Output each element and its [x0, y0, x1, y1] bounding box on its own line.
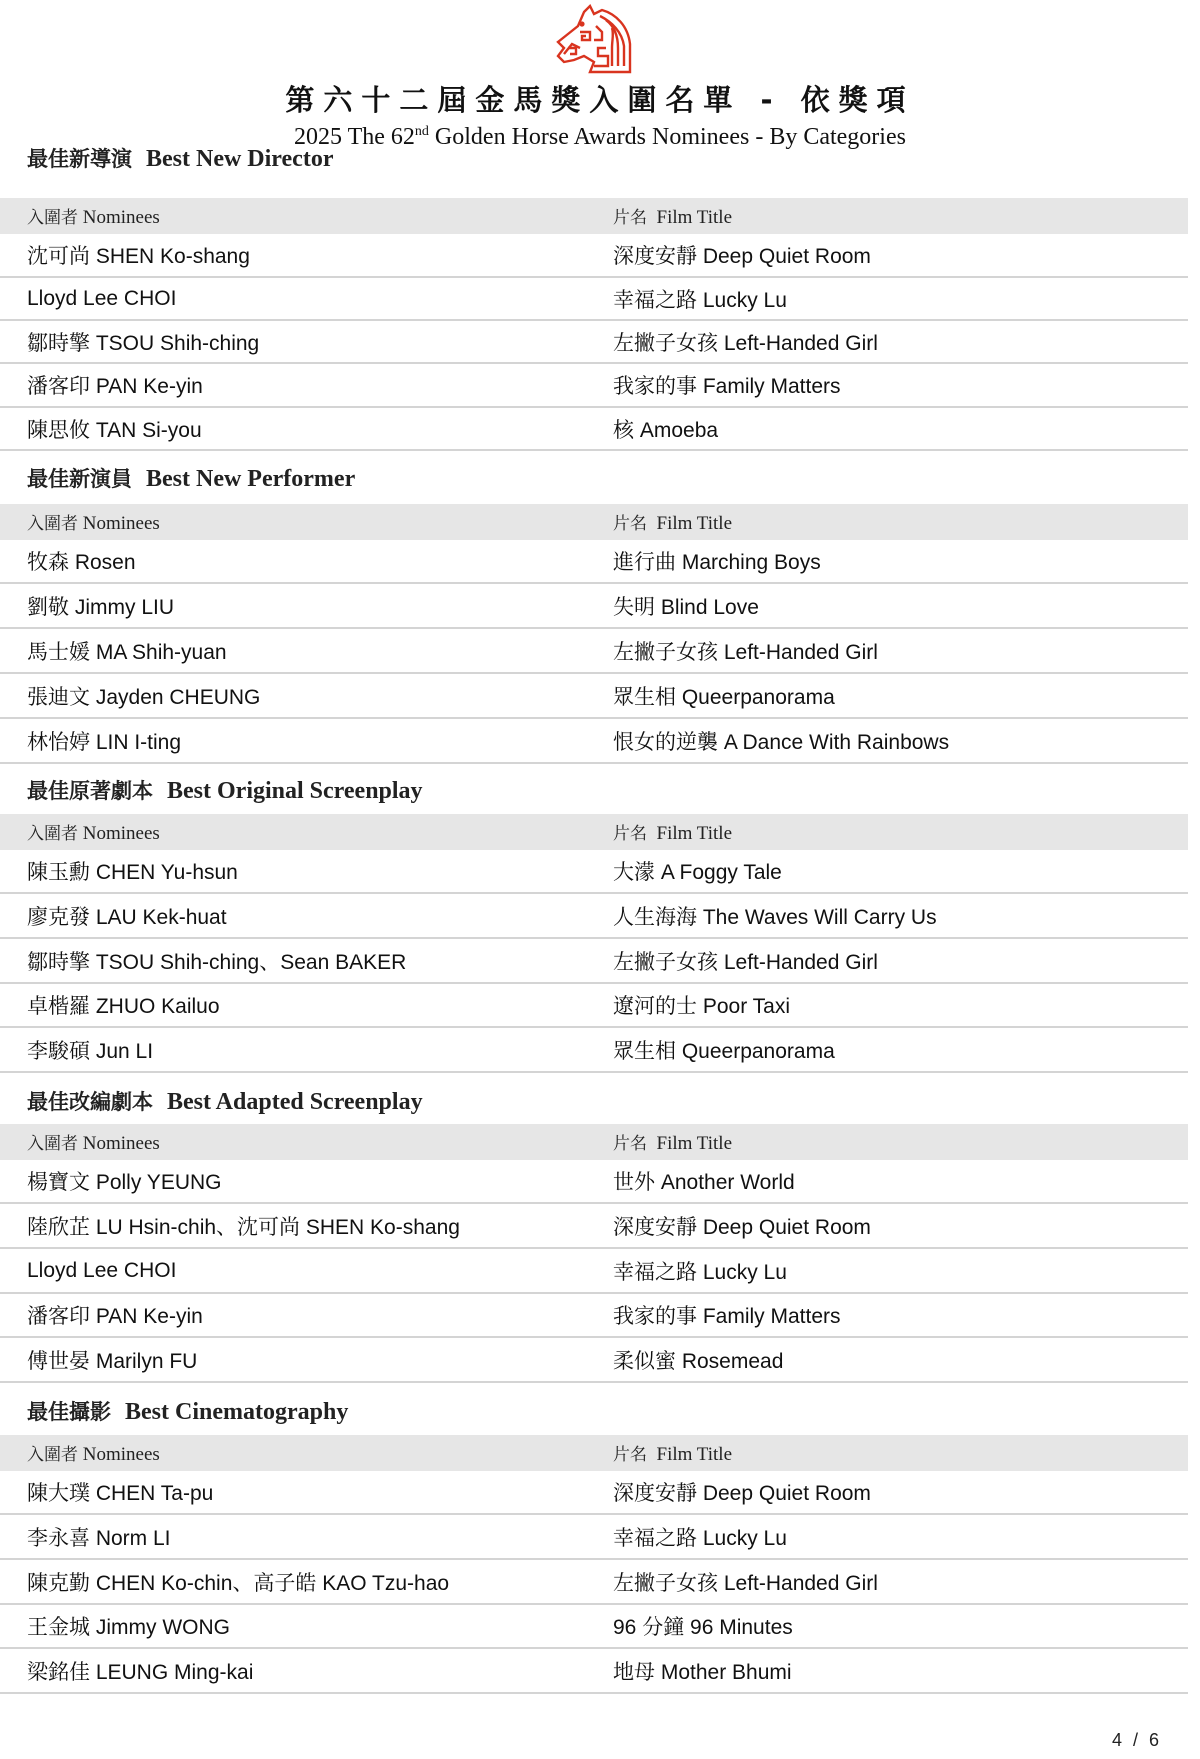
film-cell: 左撇子女孩 Left-Handed Girl: [586, 946, 1188, 976]
column-header-nominees: 入圍者 Nominees: [0, 819, 586, 845]
title-en-ordinal: nd: [415, 124, 429, 139]
section-title-zh: 最佳攝影: [27, 1400, 111, 1424]
film-cell: 我家的事 Family Matters: [586, 1300, 1188, 1330]
column-header-film: 片名 Film Title: [586, 1129, 1188, 1155]
table-row: 馬士媛 MA Shih-yuan左撇子女孩 Left-Handed Girl: [0, 629, 1188, 674]
section-best-new-performer: 最佳新演員Best New Performer 入圍者 Nominees 片名 …: [0, 459, 1188, 764]
table-row: 楊寶文 Polly YEUNG世外 Another World: [0, 1160, 1188, 1204]
column-header-nominees: 入圍者 Nominees: [0, 1440, 586, 1466]
section-title-zh: 最佳新導演: [27, 147, 132, 171]
section-title: 最佳改編劇本Best Adapted Screenplay: [0, 1082, 1188, 1122]
column-header-nominees-en: Nominees: [83, 1133, 160, 1154]
section-title-en: Best New Director: [146, 146, 333, 172]
film-cell: 幸福之路 Lucky Lu: [586, 1522, 1188, 1552]
film-cell: 柔似蜜 Rosemead: [586, 1345, 1188, 1375]
column-header-film-zh: 片名: [613, 1134, 647, 1154]
film-cell: 深度安靜 Deep Quiet Room: [586, 1477, 1188, 1507]
nominee-cell: 陳思攸 TAN Si-you: [0, 414, 586, 444]
table-row: 廖克發 LAU Kek-huat人生海海 The Waves Will Carr…: [0, 894, 1188, 939]
page-title-zh: 第六十二屆金馬獎入圍名單 - 依獎項: [0, 78, 1200, 119]
table-header: 入圍者 Nominees 片名 Film Title: [0, 814, 1188, 850]
table-row: 張迪文 Jayden CHEUNG眾生相 Queerpanorama: [0, 674, 1188, 719]
table-row: 梁銘佳 LEUNG Ming-kai地母 Mother Bhumi: [0, 1649, 1188, 1694]
nominee-cell: 廖克發 LAU Kek-huat: [0, 901, 586, 931]
nominee-cell: 張迪文 Jayden CHEUNG: [0, 681, 586, 711]
nominee-cell: Lloyd Lee CHOI: [0, 287, 586, 311]
table-row: Lloyd Lee CHOI幸福之路 Lucky Lu: [0, 278, 1188, 321]
table-row: 陳克勤 CHEN Ko-chin、高子皓 KAO Tzu-hao左撇子女孩 Le…: [0, 1560, 1188, 1605]
column-header-film-zh: 片名: [613, 514, 647, 534]
table-row: 鄒時擎 TSOU Shih-ching、Sean BAKER左撇子女孩 Left…: [0, 939, 1188, 984]
table-row: 王金城 Jimmy WONG96 分鐘 96 Minutes: [0, 1605, 1188, 1649]
film-cell: 眾生相 Queerpanorama: [586, 681, 1188, 711]
film-cell: 左撇子女孩 Left-Handed Girl: [586, 327, 1188, 357]
table-header: 入圍者 Nominees 片名 Film Title: [0, 198, 1188, 234]
golden-horse-logo-icon: [550, 4, 636, 76]
nominee-cell: 林怡婷 LIN I-ting: [0, 726, 586, 756]
table-row: 陳玉勳 CHEN Yu-hsun大濛 A Foggy Tale: [0, 850, 1188, 894]
film-cell: 進行曲 Marching Boys: [586, 546, 1188, 576]
nominee-cell: 楊寶文 Polly YEUNG: [0, 1166, 586, 1196]
film-cell: 左撇子女孩 Left-Handed Girl: [586, 636, 1188, 666]
column-header-film: 片名 Film Title: [586, 1440, 1188, 1466]
section-title-zh: 最佳新演員: [27, 467, 132, 491]
column-header-film-en: Film Title: [657, 1444, 733, 1465]
film-cell: 失明 Blind Love: [586, 591, 1188, 621]
section-best-new-director: 最佳新導演Best New Director 入圍者 Nominees 片名 F…: [0, 139, 1188, 451]
table-row: 李駿碩 Jun LI眾生相 Queerpanorama: [0, 1028, 1188, 1073]
column-header-nominees-zh: 入圍者: [27, 208, 78, 228]
nominee-cell: 陸欣芷 LU Hsin-chih、沈可尚 SHEN Ko-shang: [0, 1211, 586, 1241]
section-title: 最佳原著劇本Best Original Screenplay: [0, 771, 1188, 811]
column-header-film-zh: 片名: [613, 1445, 647, 1465]
column-header-nominees-zh: 入圍者: [27, 514, 78, 534]
section-title-en: Best New Performer: [146, 466, 355, 492]
film-cell: 深度安靜 Deep Quiet Room: [586, 1211, 1188, 1241]
table-row: 劉敬 Jimmy LIU失明 Blind Love: [0, 584, 1188, 629]
column-header-nominees-en: Nominees: [83, 513, 160, 534]
film-cell: 96 分鐘 96 Minutes: [586, 1611, 1188, 1641]
film-cell: 世外 Another World: [586, 1166, 1188, 1196]
column-header-film-en: Film Title: [657, 1133, 733, 1154]
film-cell: 深度安靜 Deep Quiet Room: [586, 240, 1188, 270]
nominee-cell: 鄒時擎 TSOU Shih-ching: [0, 327, 586, 357]
nominee-cell: 王金城 Jimmy WONG: [0, 1611, 586, 1641]
column-header-nominees: 入圍者 Nominees: [0, 203, 586, 229]
column-header-film-zh: 片名: [613, 824, 647, 844]
table-row: 潘客印 PAN Ke-yin我家的事 Family Matters: [0, 364, 1188, 408]
film-cell: 人生海海 The Waves Will Carry Us: [586, 901, 1188, 931]
film-cell: 幸福之路 Lucky Lu: [586, 284, 1188, 314]
nominee-cell: 傅世晏 Marilyn FU: [0, 1345, 586, 1375]
page-indicator: 4 / 6: [1112, 1730, 1162, 1751]
nominee-cell: 陳玉勳 CHEN Yu-hsun: [0, 856, 586, 886]
column-header-nominees-en: Nominees: [83, 823, 160, 844]
table-row: 林怡婷 LIN I-ting恨女的逆襲 A Dance With Rainbow…: [0, 719, 1188, 764]
section-best-original-screenplay: 最佳原著劇本Best Original Screenplay 入圍者 Nomin…: [0, 771, 1188, 1073]
section-title-zh: 最佳改編劇本: [27, 1090, 153, 1114]
film-cell: 眾生相 Queerpanorama: [586, 1035, 1188, 1065]
table-row: 沈可尚 SHEN Ko-shang深度安靜 Deep Quiet Room: [0, 234, 1188, 278]
nominee-cell: 鄒時擎 TSOU Shih-ching、Sean BAKER: [0, 946, 586, 976]
nominee-cell: 潘客印 PAN Ke-yin: [0, 1300, 586, 1330]
column-header-film-en: Film Title: [657, 823, 733, 844]
table-row: 卓楷羅 ZHUO Kailuo遼河的士 Poor Taxi: [0, 984, 1188, 1028]
column-header-nominees: 入圍者 Nominees: [0, 509, 586, 535]
table-row: 陸欣芷 LU Hsin-chih、沈可尚 SHEN Ko-shang深度安靜 D…: [0, 1204, 1188, 1249]
column-header-nominees-zh: 入圍者: [27, 824, 78, 844]
nominee-cell: 卓楷羅 ZHUO Kailuo: [0, 990, 586, 1020]
section-best-cinematography: 最佳攝影Best Cinematography 入圍者 Nominees 片名 …: [0, 1392, 1188, 1694]
film-cell: 核 Amoeba: [586, 414, 1188, 444]
film-cell: 大濛 A Foggy Tale: [586, 856, 1188, 886]
nominee-cell: 李駿碩 Jun LI: [0, 1035, 586, 1065]
table-row: 牧森 Rosen進行曲 Marching Boys: [0, 540, 1188, 584]
nominee-cell: 沈可尚 SHEN Ko-shang: [0, 240, 586, 270]
section-title-en: Best Cinematography: [125, 1399, 348, 1425]
column-header-film: 片名 Film Title: [586, 509, 1188, 535]
table-header: 入圍者 Nominees 片名 Film Title: [0, 504, 1188, 540]
nominee-cell: 陳大璞 CHEN Ta-pu: [0, 1477, 586, 1507]
table-row: 潘客印 PAN Ke-yin我家的事 Family Matters: [0, 1294, 1188, 1338]
section-title-en: Best Adapted Screenplay: [167, 1089, 423, 1115]
table-row: 傅世晏 Marilyn FU柔似蜜 Rosemead: [0, 1338, 1188, 1383]
nominee-cell: 馬士媛 MA Shih-yuan: [0, 636, 586, 666]
column-header-film-zh: 片名: [613, 208, 647, 228]
film-cell: 我家的事 Family Matters: [586, 370, 1188, 400]
nominee-cell: 李永喜 Norm LI: [0, 1522, 586, 1552]
table-header: 入圍者 Nominees 片名 Film Title: [0, 1124, 1188, 1160]
column-header-film: 片名 Film Title: [586, 203, 1188, 229]
nominee-cell: Lloyd Lee CHOI: [0, 1259, 586, 1283]
film-cell: 遼河的士 Poor Taxi: [586, 990, 1188, 1020]
table-header: 入圍者 Nominees 片名 Film Title: [0, 1435, 1188, 1471]
nominee-cell: 牧森 Rosen: [0, 546, 586, 576]
nominee-cell: 劉敬 Jimmy LIU: [0, 591, 586, 621]
table-row: 陳思攸 TAN Si-you核 Amoeba: [0, 408, 1188, 451]
film-cell: 恨女的逆襲 A Dance With Rainbows: [586, 726, 1188, 756]
section-title: 最佳攝影Best Cinematography: [0, 1392, 1188, 1432]
column-header-nominees-zh: 入圍者: [27, 1445, 78, 1465]
nominee-cell: 潘客印 PAN Ke-yin: [0, 370, 586, 400]
column-header-film-en: Film Title: [657, 513, 733, 534]
table-row: 李永喜 Norm LI幸福之路 Lucky Lu: [0, 1515, 1188, 1560]
section-title: 最佳新導演Best New Director: [0, 139, 1188, 179]
column-header-film: 片名 Film Title: [586, 819, 1188, 845]
film-cell: 地母 Mother Bhumi: [586, 1656, 1188, 1686]
table-row: 陳大璞 CHEN Ta-pu深度安靜 Deep Quiet Room: [0, 1471, 1188, 1515]
table-row: 鄒時擎 TSOU Shih-ching左撇子女孩 Left-Handed Gir…: [0, 321, 1188, 364]
column-header-nominees-zh: 入圍者: [27, 1134, 78, 1154]
column-header-nominees: 入圍者 Nominees: [0, 1129, 586, 1155]
section-title-en: Best Original Screenplay: [167, 778, 423, 804]
section-title-zh: 最佳原著劇本: [27, 779, 153, 803]
column-header-nominees-en: Nominees: [83, 207, 160, 228]
film-cell: 左撇子女孩 Left-Handed Girl: [586, 1567, 1188, 1597]
table-row: Lloyd Lee CHOI幸福之路 Lucky Lu: [0, 1249, 1188, 1294]
nominee-cell: 陳克勤 CHEN Ko-chin、高子皓 KAO Tzu-hao: [0, 1567, 586, 1597]
film-cell: 幸福之路 Lucky Lu: [586, 1256, 1188, 1286]
nominee-cell: 梁銘佳 LEUNG Ming-kai: [0, 1656, 586, 1686]
column-header-film-en: Film Title: [657, 207, 733, 228]
section-best-adapted-screenplay: 最佳改編劇本Best Adapted Screenplay 入圍者 Nomine…: [0, 1082, 1188, 1383]
section-title: 最佳新演員Best New Performer: [0, 459, 1188, 499]
column-header-nominees-en: Nominees: [83, 1444, 160, 1465]
